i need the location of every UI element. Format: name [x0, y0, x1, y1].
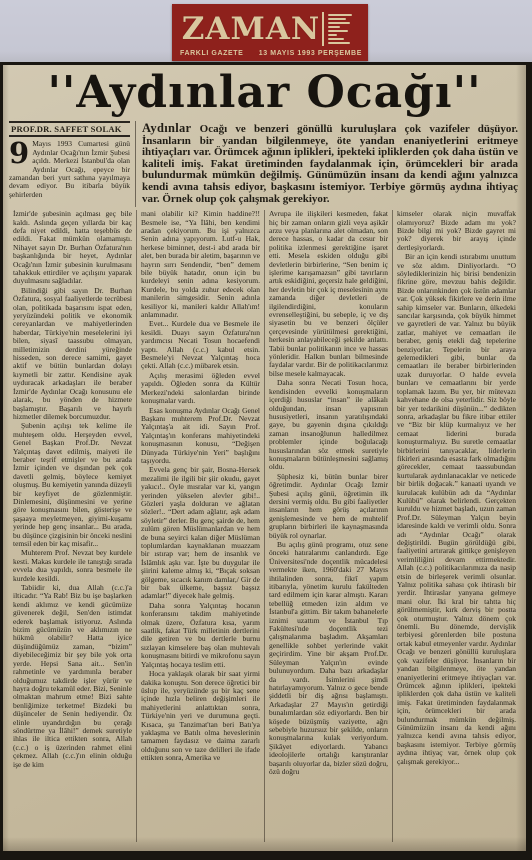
article-column-3: Avrupa ile ilişkileri kesmeden, fakat hi… [264, 210, 392, 842]
article-body: İzmir'de şubesinin açılması geç bile kal… [3, 207, 526, 842]
article-intro-cell: PROF.DR. SAFFET SOLAK 9Mayıs 1993 Cumart… [9, 121, 135, 207]
lead-cell: Aydınlar Ocağı ve benzeri gönüllü kurulu… [135, 121, 520, 207]
paragraph: Şüphesiz ki, bütün bunlar birer öğretimd… [269, 473, 388, 540]
paragraph: Bilindiği gibi sayın Dr. Burhan Özfatura… [13, 287, 132, 422]
paragraph: Esas konuşma Aydınlar Ocağı Genel Başkan… [141, 407, 260, 466]
paragraph: Evvela genç bir şair, Bosna-Hersek mezal… [141, 466, 260, 601]
scan-top-margin: ZAMAN FARKLI GAZETE 13 MAYIS 1993 PERŞEM… [0, 0, 532, 64]
paragraph: Bu açılış günü programı, otuz sene öncek… [269, 541, 388, 776]
text-lines-icon [322, 12, 362, 46]
article-title: ''Aydınlar Ocağı'' [5, 69, 524, 117]
article-column-1: İzmir'de şubesinin açılması geç bile kal… [9, 210, 136, 842]
paragraph: Muhterem Prof. Nevzat bey kurdele kesti.… [13, 549, 132, 583]
paragraph: kimseler olarak niçin muvaffak olamıyoru… [397, 210, 516, 252]
lead-paragraph: Aydınlar Ocağı ve benzeri gönüllü kurulu… [142, 123, 518, 205]
paragraph: Tabiidir ki, dua Allah (c.c.)'a ilticadı… [13, 584, 132, 769]
masthead-tagline: FARKLI GAZETE [180, 50, 243, 57]
lead-first-word: Aydınlar [142, 121, 191, 135]
paragraph: İzmir'de şubesinin açılması geç bile kal… [13, 210, 132, 286]
paragraph: Evet... Kurdele dua ve Besmele ile kesil… [141, 320, 260, 370]
lead-rest: Ocağı ve benzeri gönüllü kuruluşlara çok… [142, 123, 518, 205]
zaman-masthead: ZAMAN FARKLI GAZETE 13 MAYIS 1993 PERŞEM… [172, 4, 368, 61]
masthead-date: 13 MAYIS 1993 PERŞEMBE [259, 50, 362, 57]
article-column-2: mani olabilir ki? Kimin haddine?!! Besme… [136, 210, 264, 842]
zaman-logo: ZAMAN [180, 14, 322, 44]
paragraph: Açılış merasimi öğleden evvel yapıldı. Ö… [141, 372, 260, 406]
article-column-4: kimseler olarak niçin muvaffak olamıyoru… [392, 210, 520, 842]
paragraph: Şubenin açılışı tek kelime ile muhteşem … [13, 422, 132, 548]
paragraph: Bir an için kendi ıstırabımı unuttum ve … [397, 253, 516, 766]
paragraph: Daha sonra Yalçıntaş hocanın konferansın… [141, 602, 260, 669]
newspaper-article: ''Aydınlar Ocağı'' PROF.DR. SAFFET SOLAK… [0, 62, 532, 860]
paragraph: mani olabilir ki? Kimin haddine?!! Besme… [141, 210, 260, 319]
paragraph: Daha sonra Necati Tosun hoca, kendisinde… [269, 379, 388, 471]
intro-paragraph: 9Mayıs 1993 Cumartesi günü Aydınlar Ocağ… [9, 140, 130, 199]
paragraph: Avrupa ile ilişkileri kesmeden, fakat hi… [269, 210, 388, 378]
byline: PROF.DR. SAFFET SOLAK [9, 121, 130, 137]
paragraph: Hoca yaklaşık olarak bir saat yirmi daki… [141, 670, 260, 762]
drop-cap: 9 [9, 140, 32, 166]
